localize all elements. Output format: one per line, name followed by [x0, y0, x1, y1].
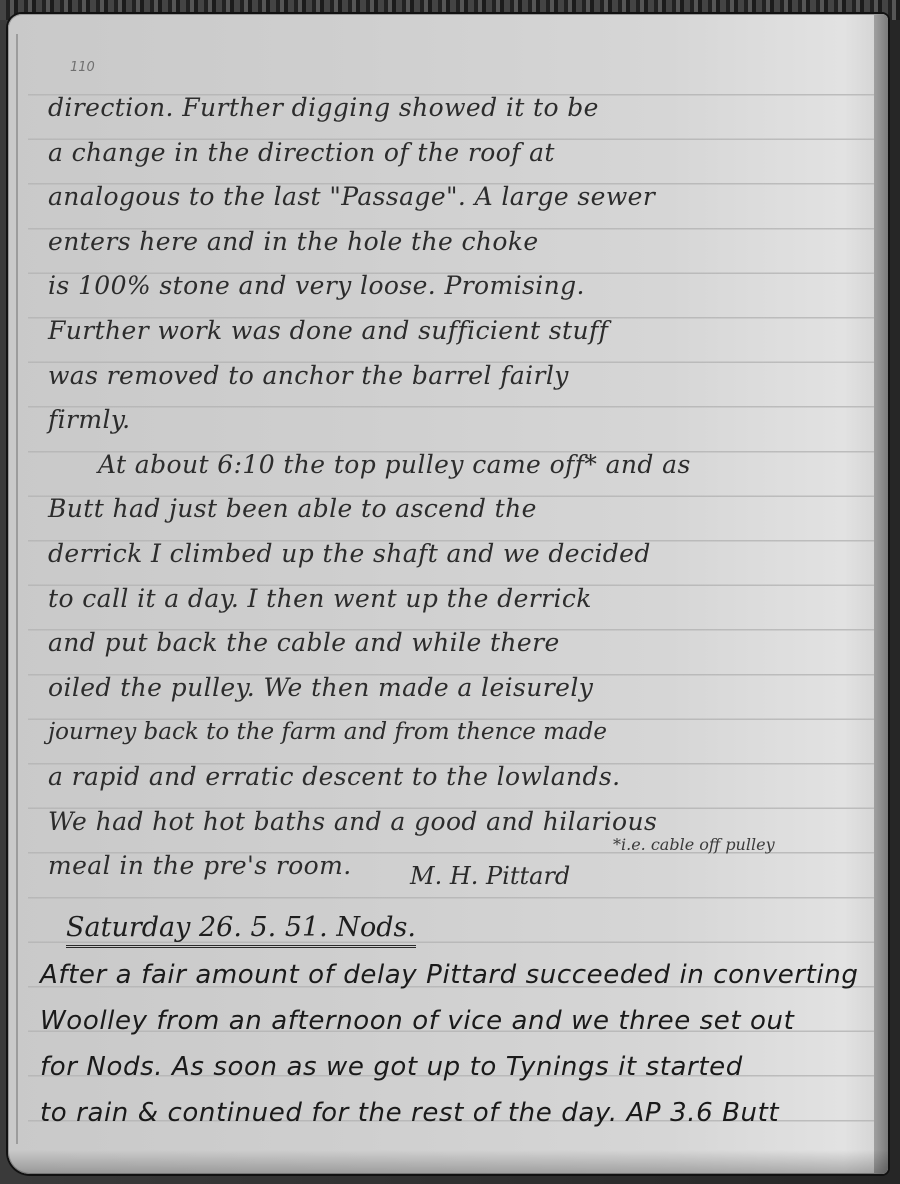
- text-line: to call it a day. I then went up the der…: [48, 577, 878, 622]
- entry-2-text: After a fair amount of delay Pittard suc…: [40, 952, 888, 1136]
- entry-heading: Saturday 26. 5. 51. Nods.: [66, 912, 416, 948]
- text-line: At about 6:10 the top pulley came off* a…: [48, 443, 878, 488]
- text-line: a rapid and erratic descent to the lowla…: [48, 755, 878, 800]
- text-line: for Nods. As soon as we got up to Tyning…: [40, 1044, 888, 1090]
- text-line: firmly.: [48, 398, 878, 443]
- text-line: oiled the pulley. We then made a leisure…: [48, 666, 878, 711]
- text-line: a change in the direction of the roof at: [48, 131, 878, 176]
- text-line: and put back the cable and while there: [48, 621, 878, 666]
- entry-1-text: direction. Further digging showed it to …: [48, 86, 878, 889]
- text-line: to rain & continued for the rest of the …: [40, 1090, 888, 1136]
- text-line: journey back to the farm and from thence…: [48, 710, 878, 755]
- text-line: Further work was done and sufficient stu…: [48, 309, 878, 354]
- text-line: enters here and in the hole the choke: [48, 220, 878, 265]
- text-line: direction. Further digging showed it to …: [48, 86, 878, 131]
- page-margin-line: [16, 34, 18, 1144]
- signature: M. H. Pittard: [410, 862, 570, 890]
- text-line: derrick I climbed up the shaft and we de…: [48, 532, 878, 577]
- notebook-page: 110 direction. Further digging showed it…: [8, 14, 888, 1174]
- text-line: is 100% stone and very loose. Promising.: [48, 264, 878, 309]
- text-line: After a fair amount of delay Pittard suc…: [40, 952, 888, 998]
- footnote: *i.e. cable off pulley: [613, 835, 775, 854]
- text-line: Butt had just been able to ascend the: [48, 487, 878, 532]
- text-line: analogous to the last "Passage". A large…: [48, 175, 878, 220]
- text-line: Woolley from an afternoon of vice and we…: [40, 998, 888, 1044]
- page-number: 110: [70, 60, 95, 75]
- text-line: was removed to anchor the barrel fairly: [48, 354, 878, 399]
- page-bottom-shadow: [8, 1150, 888, 1174]
